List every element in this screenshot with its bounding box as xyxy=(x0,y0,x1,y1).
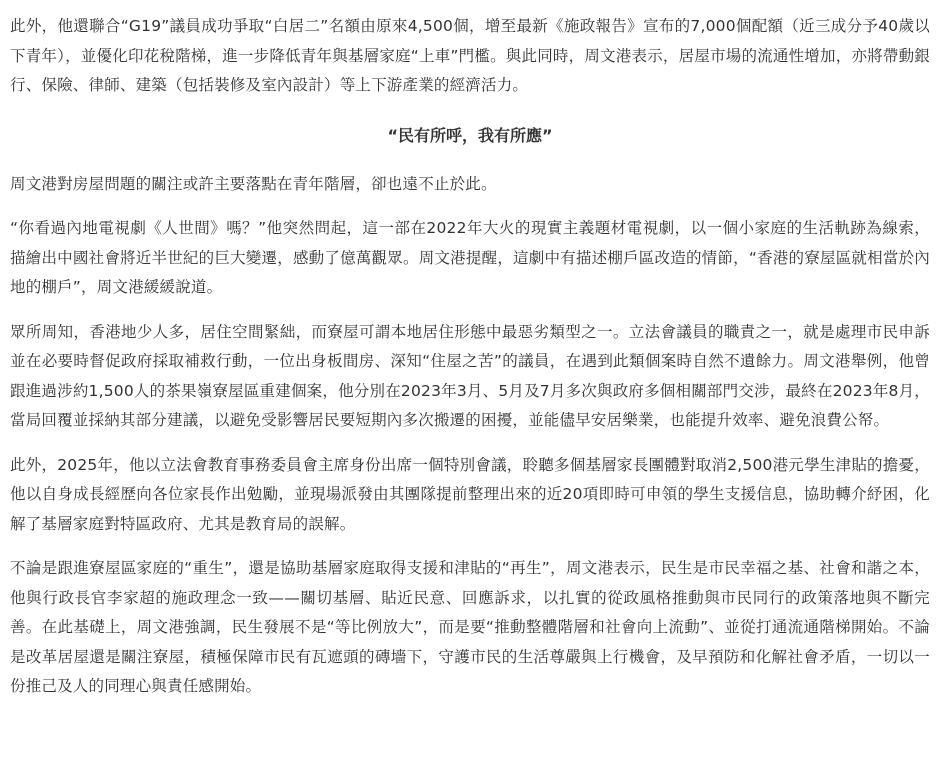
paragraph-tv-drama: “你看過內地電視劇《人世間》嗎？”他突然問起，這一部在2022年大火的現實主義題… xyxy=(10,214,930,303)
article-body: 此外，他還聯合“G19”議員成功爭取“白居二”名額由原來4,500個，增至最新《… xyxy=(0,0,939,702)
paragraph-focus-youth: 周文港對房屋問題的關注或許主要落點在青年階層，卻也遠不止於此。 xyxy=(10,170,930,200)
paragraph-livelihood: 不論是跟進寮屋區家庭的“重生”，還是協助基層家庭取得支援和津貼的“再生”，周文港… xyxy=(10,554,930,702)
paragraph-squatter-case: 眾所周知，香港地少人多，居住空間緊絀，而寮屋可謂本地居住形態中最惡劣類型之一。立… xyxy=(10,318,930,436)
paragraph-student-subsidy: 此外，2025年，他以立法會教育事務委員會主席身份出席一個特別會議，聆聽多個基層… xyxy=(10,451,930,540)
paragraph-housing-quota: 此外，他還聯合“G19”議員成功爭取“白居二”名額由原來4,500個，增至最新《… xyxy=(10,0,930,101)
section-subheading: “民有所呼，我有所應” xyxy=(10,121,930,150)
